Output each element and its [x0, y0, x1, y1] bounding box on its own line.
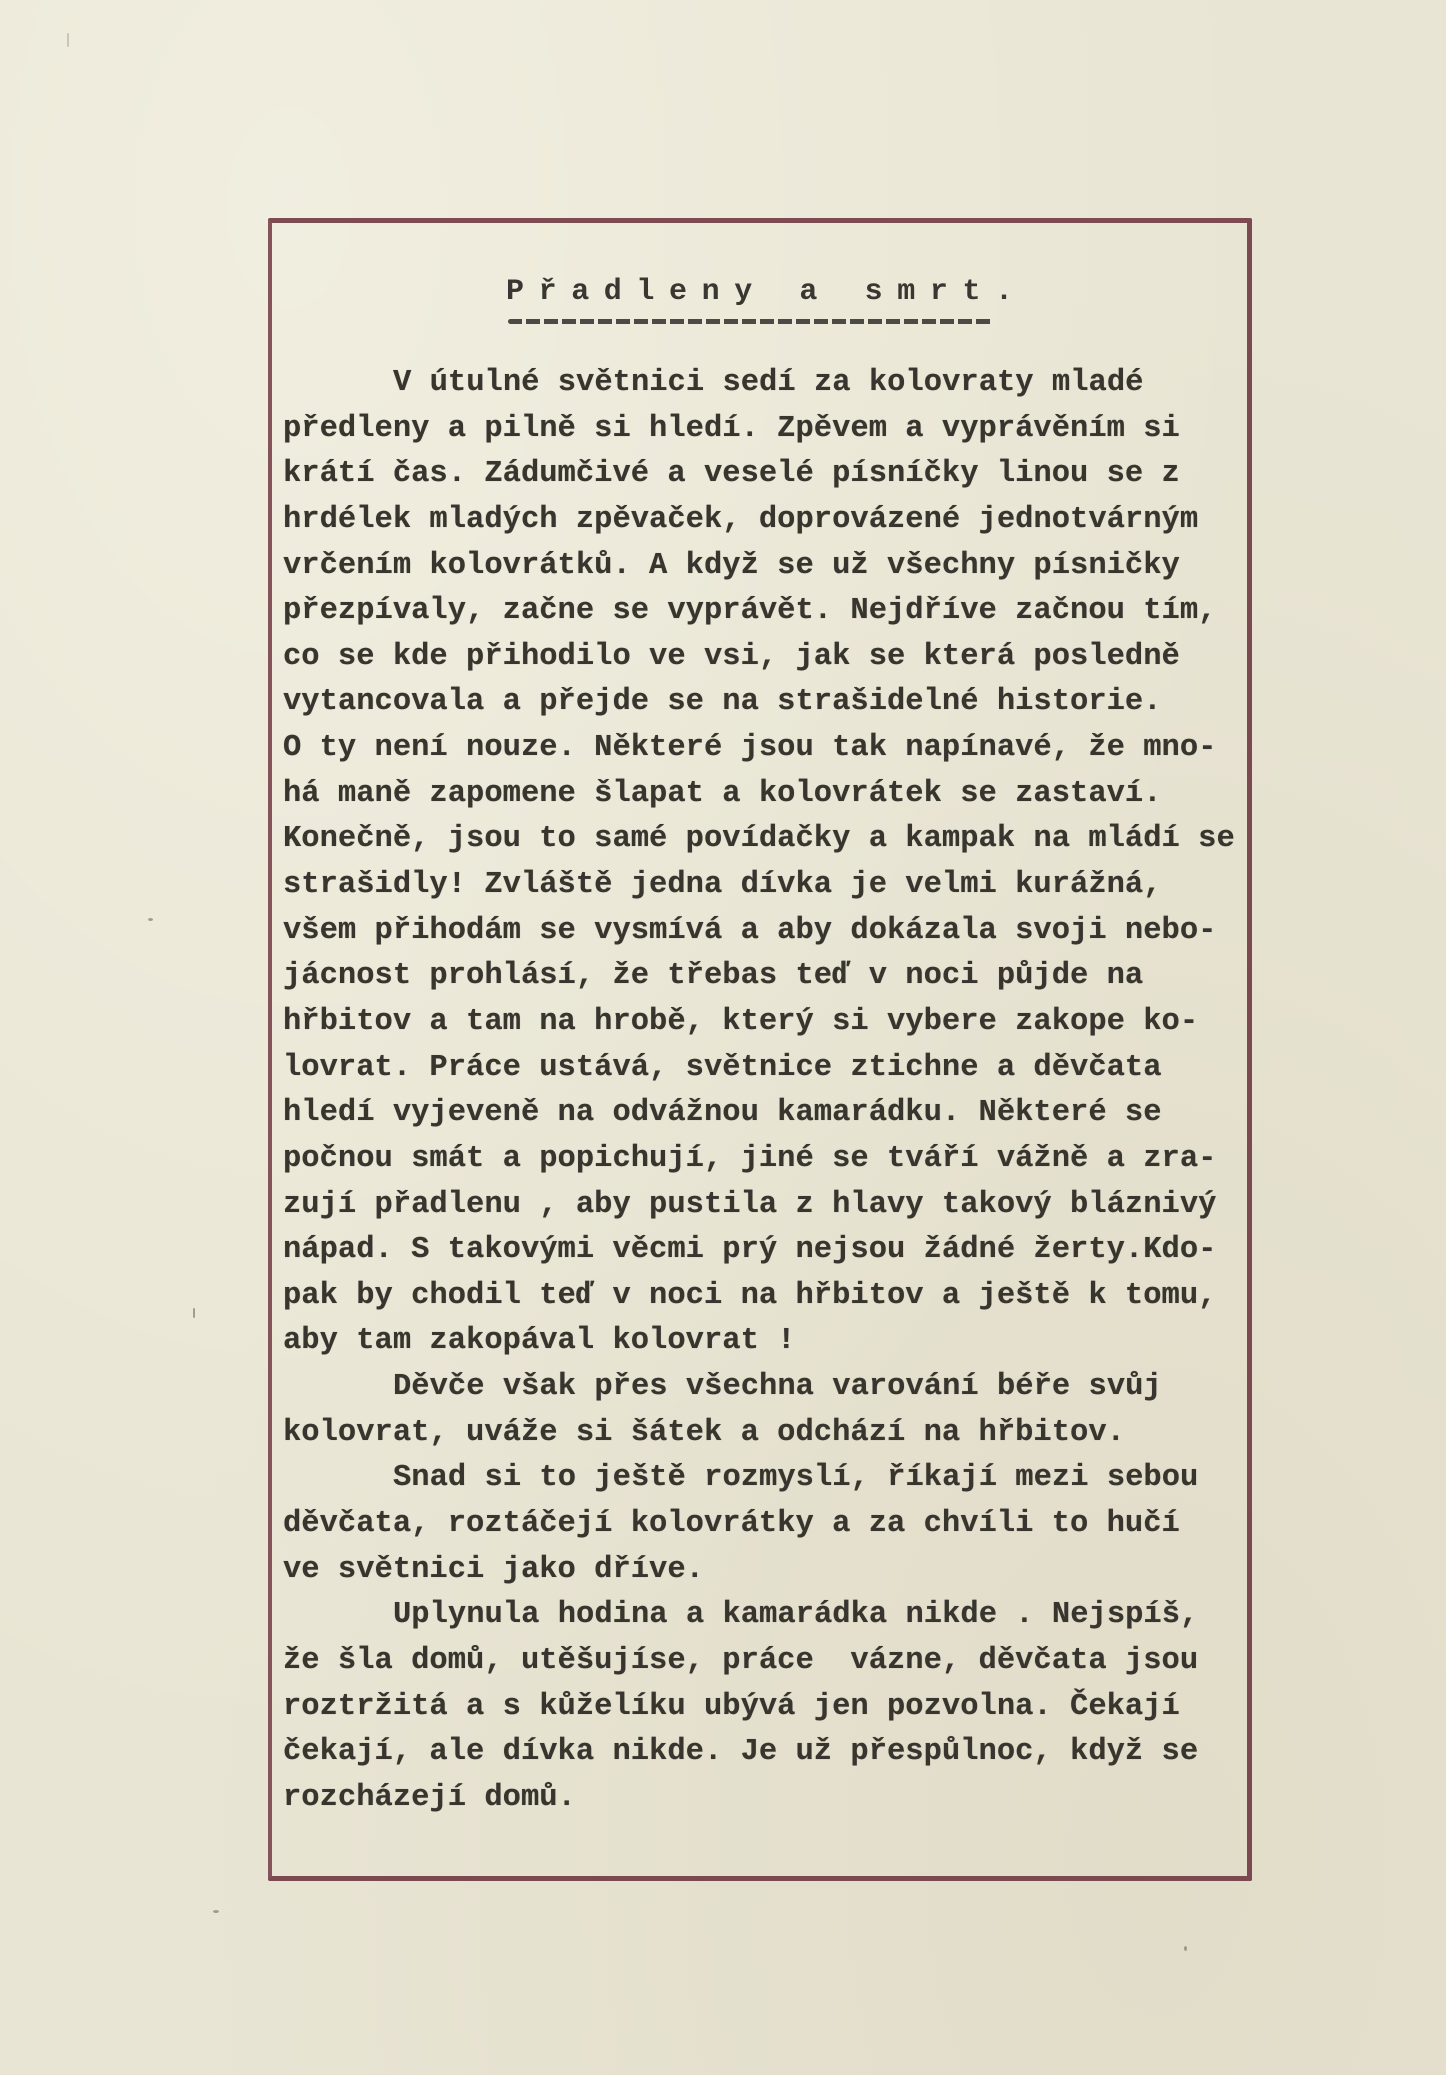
- text-line: há maně zapomene šlapat a kolovrátek se …: [283, 774, 1162, 814]
- text-line: Uplynula hodina a kamarádka nikde . Nejs…: [393, 1595, 1198, 1635]
- text-line: hrdélek mladých zpěvaček, doprovázené je…: [283, 500, 1198, 540]
- paper-speck: [148, 918, 153, 921]
- text-line: Děvče však přes všechna varování béře sv…: [393, 1367, 1162, 1407]
- text-line: vrčením kolovrátků. A když se už všechny…: [283, 546, 1180, 586]
- text-line: V útulné světnici sedí za kolovraty mlad…: [393, 363, 1143, 403]
- text-line: všem přihodám se vysmívá a aby dokázala …: [283, 911, 1216, 951]
- paper-speck: [1184, 1946, 1187, 1951]
- document-title: Přadleny a smrt.: [506, 272, 1028, 312]
- text-line: strašidly! Zvláště jedna dívka je velmi …: [283, 865, 1162, 905]
- text-line: kolovrat, uváže si šátek a odchází na hř…: [283, 1413, 1125, 1453]
- text-line: děvčata, roztáčejí kolovrátky a za chvíl…: [283, 1504, 1180, 1544]
- text-line: že šla domů, utěšujíse, práce vázne, děv…: [283, 1641, 1198, 1681]
- text-line: předleny a pilně si hledí. Zpěvem a vypr…: [283, 409, 1180, 449]
- text-line: Snad si to ještě rozmyslí, říkají mezi s…: [393, 1458, 1198, 1498]
- text-line: roztržitá a s kůželíku ubývá jen pozvoln…: [283, 1687, 1180, 1727]
- text-line: ve světnici jako dříve.: [283, 1550, 704, 1590]
- text-line: přezpívaly, začne se vyprávět. Nejdříve …: [283, 591, 1216, 631]
- text-line: O ty není nouze. Některé jsou tak napína…: [283, 728, 1216, 768]
- text-line: krátí čas. Zádumčivé a veselé písníčky l…: [283, 454, 1180, 494]
- paper-speck: [193, 1308, 195, 1318]
- text-line: vytancovala a přejde se na strašidelné h…: [283, 682, 1162, 722]
- text-line: hledí vyjeveně na odvážnou kamarádku. Ně…: [283, 1093, 1162, 1133]
- text-line: hřbitov a tam na hrobě, který si vybere …: [283, 1002, 1198, 1042]
- title-dashed-underline: [508, 319, 992, 324]
- text-line: čekají, ale dívka nikde. Je už přespůlno…: [283, 1732, 1198, 1772]
- text-line: nápad. S takovými věcmi prý nejsou žádné…: [283, 1230, 1216, 1270]
- text-line: lovrat. Práce ustává, světnice ztichne a…: [283, 1048, 1162, 1088]
- text-line: aby tam zakopával kolovrat !: [283, 1321, 795, 1361]
- text-line: počnou smát a popichují, jiné se tváří v…: [283, 1139, 1216, 1179]
- paper-speck: [67, 33, 69, 47]
- text-line: rozcházejí domů.: [283, 1778, 576, 1818]
- text-line: co se kde přihodilo ve vsi, jak se která…: [283, 637, 1180, 677]
- text-line: jácnost prohlásí, že třebas teď v noci p…: [283, 956, 1143, 996]
- paper-speck: [213, 1910, 219, 1913]
- text-line: pak by chodil teď v noci na hřbitov a je…: [283, 1276, 1216, 1316]
- text-line: zují přadlenu , aby pustila z hlavy tako…: [283, 1185, 1216, 1225]
- text-line: Konečně, jsou to samé povídačky a kampak…: [283, 819, 1235, 859]
